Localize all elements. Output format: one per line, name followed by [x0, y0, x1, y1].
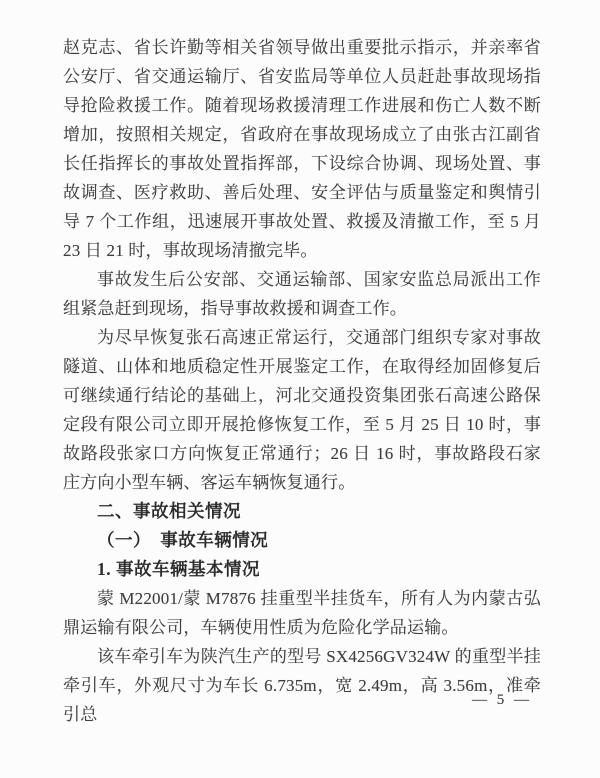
paragraph: 为尽早恢复张石高速正常运行，交通部门组织专家对事故隧道、山体和地质稳定性开展鉴定…	[63, 323, 541, 497]
document-page: 赵克志、省长许勤等相关省领导做出重要批示指示，并亲率省公安厅、省交通运输厅、省安…	[0, 0, 600, 778]
paragraph: 蒙 M22001/蒙 M7876 挂重型半挂货车，所有人为内蒙古弘鼎运输有限公司…	[63, 584, 541, 642]
paragraph-continuation: 赵克志、省长许勤等相关省领导做出重要批示指示，并亲率省公安厅、省交通运输厅、省安…	[63, 33, 541, 265]
section-heading: 二、事故相关情况	[63, 497, 541, 526]
page-number: — 5 —	[472, 692, 532, 708]
paragraph: 事故发生后公安部、交通运输部、国家安监总局派出工作组紧急赶到现场，指导事故救援和…	[63, 265, 541, 323]
subsubsection-heading: 1. 事故车辆基本情况	[63, 555, 541, 584]
subsection-heading: （一） 事故车辆情况	[63, 526, 541, 555]
paragraph: 该车牵引车为陕汽生产的型号 SX4256GV324W 的重型半挂牵引车，外观尺寸…	[63, 642, 541, 729]
